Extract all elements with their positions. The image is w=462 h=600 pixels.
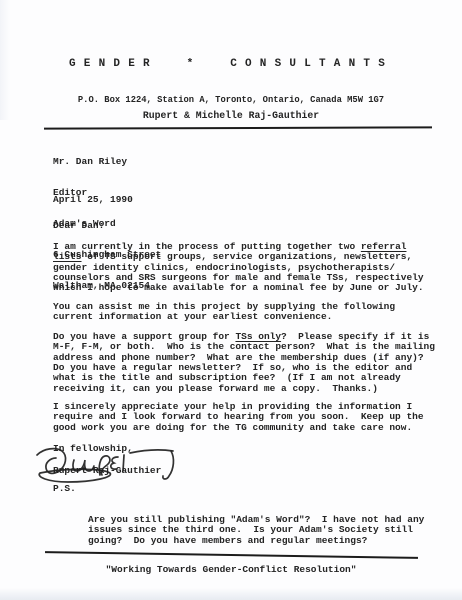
paragraph-referral-lists: I am currently in the process of putting… (53, 242, 448, 294)
paragraph-text: ? Please specify if it is M-F, F-M, or b… (53, 331, 435, 394)
paragraph-text: of TS support groups, service organizati… (53, 251, 424, 293)
scan-edge-bottom (0, 588, 462, 600)
paragraph-questions: Do you have a support group for TSs only… (53, 332, 448, 394)
letterhead-contacts: Rupert & Michelle Raj-Gauthier (0, 110, 462, 121)
underlined-text: TSs only (235, 331, 281, 342)
postscript-label: P.S. (53, 484, 76, 494)
letterhead-title: GENDER * CONSULTANTS (0, 58, 462, 70)
paragraph-thanks: I sincerely appreciate your help in prov… (53, 402, 448, 433)
paragraph-text: I am currently in the process of putting… (53, 241, 361, 252)
letter-page: GENDER * CONSULTANTS P.O. Box 1224, Stat… (0, 0, 462, 600)
letterhead-address: P.O. Box 1224, Station A, Toronto, Ontar… (0, 95, 462, 105)
handwritten-signature (34, 446, 182, 484)
postscript-text: Are you still publishing "Adam's Word"? … (88, 515, 448, 546)
paragraph-text: Do you have a support group for (53, 331, 235, 342)
footer-motto: "Working Towards Gender-Conflict Resolut… (0, 564, 462, 575)
recipient-line: Mr. Dan Riley (53, 157, 448, 167)
paragraph-assist-request: You can assist me in this project by sup… (53, 302, 448, 323)
salutation: Dear Dan: (53, 221, 448, 231)
letterhead-divider-rule (44, 126, 432, 129)
letter-date: April 25, 1990 (53, 195, 448, 205)
